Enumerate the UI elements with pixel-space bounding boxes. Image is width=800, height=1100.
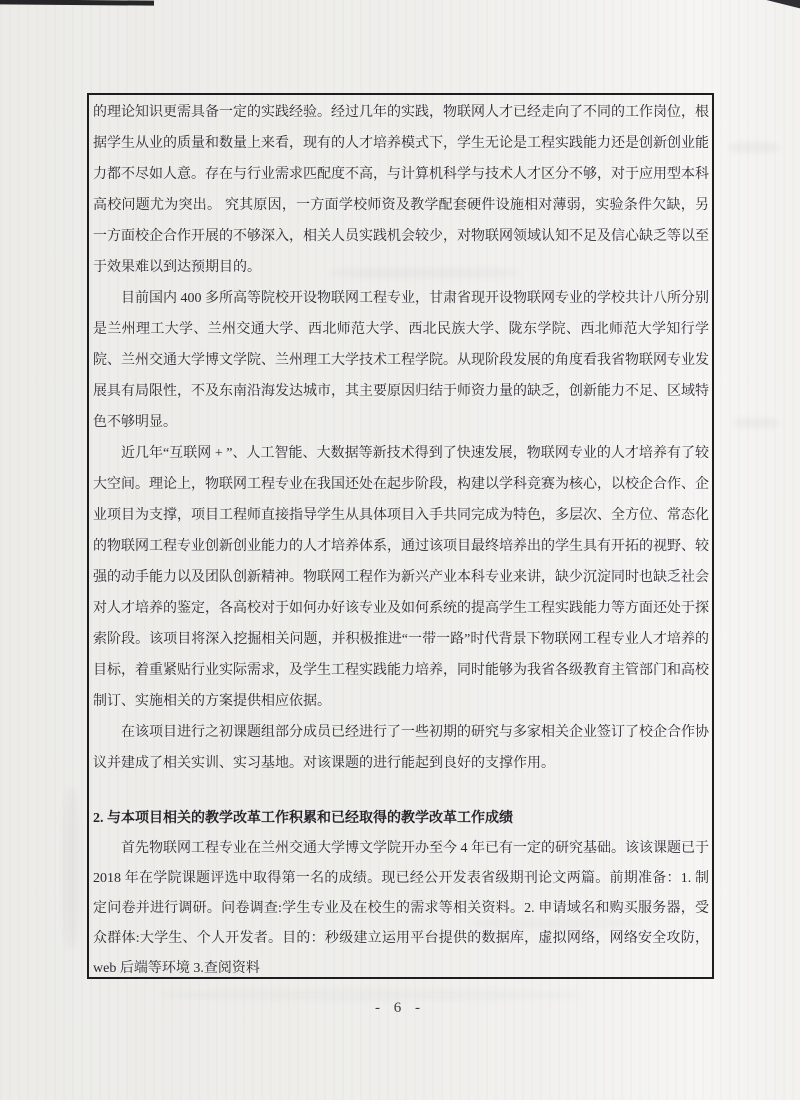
page-number: - 6 - [0,1000,800,1017]
section-heading-teaching-reform: 2. 与本项目相关的教学改革工作积累和已经取得的教学改革工作成绩 [93,803,709,834]
bleed-through-smudge [63,788,79,948]
bleed-through-smudge [728,142,780,153]
scan-edge-artifact-right [764,0,800,10]
body-paragraph-continuation: 的理论知识更需具备一定的实践经验。经过几年的实践，物联网人才已经走向了不同的工作… [93,97,709,283]
form-text-box: 的理论知识更需具备一定的实践经验。经过几年的实践，物联网人才已经走向了不同的工作… [87,93,714,979]
bleed-through-smudge [160,990,580,1000]
bleed-through-smudge [733,418,779,428]
body-paragraph-achievements: 首先物联网工程专业在兰州交通大学博文学院开办至今 4 年已有一定的研究基础。该该… [93,834,709,979]
body-paragraph-training-system: 近几年“互联网 + ”、人工智能、大数据等新技术得到了快速发展，物联网专业的人才… [93,438,709,717]
body-paragraph-universities: 目前国内 400 多所高等院校开设物联网工程专业，甘肃省现开设物联网专业的学校共… [93,283,709,438]
body-paragraph-early-research: 在该项目进行之初课题组部分成员已经进行了一些初期的研究与多家相关企业签订了校企合… [93,717,709,779]
scanned-document-page: 的理论知识更需具备一定的实践经验。经过几年的实践，物联网人才已经走向了不同的工作… [0,0,800,1100]
scan-edge-artifact-left [0,0,154,6]
